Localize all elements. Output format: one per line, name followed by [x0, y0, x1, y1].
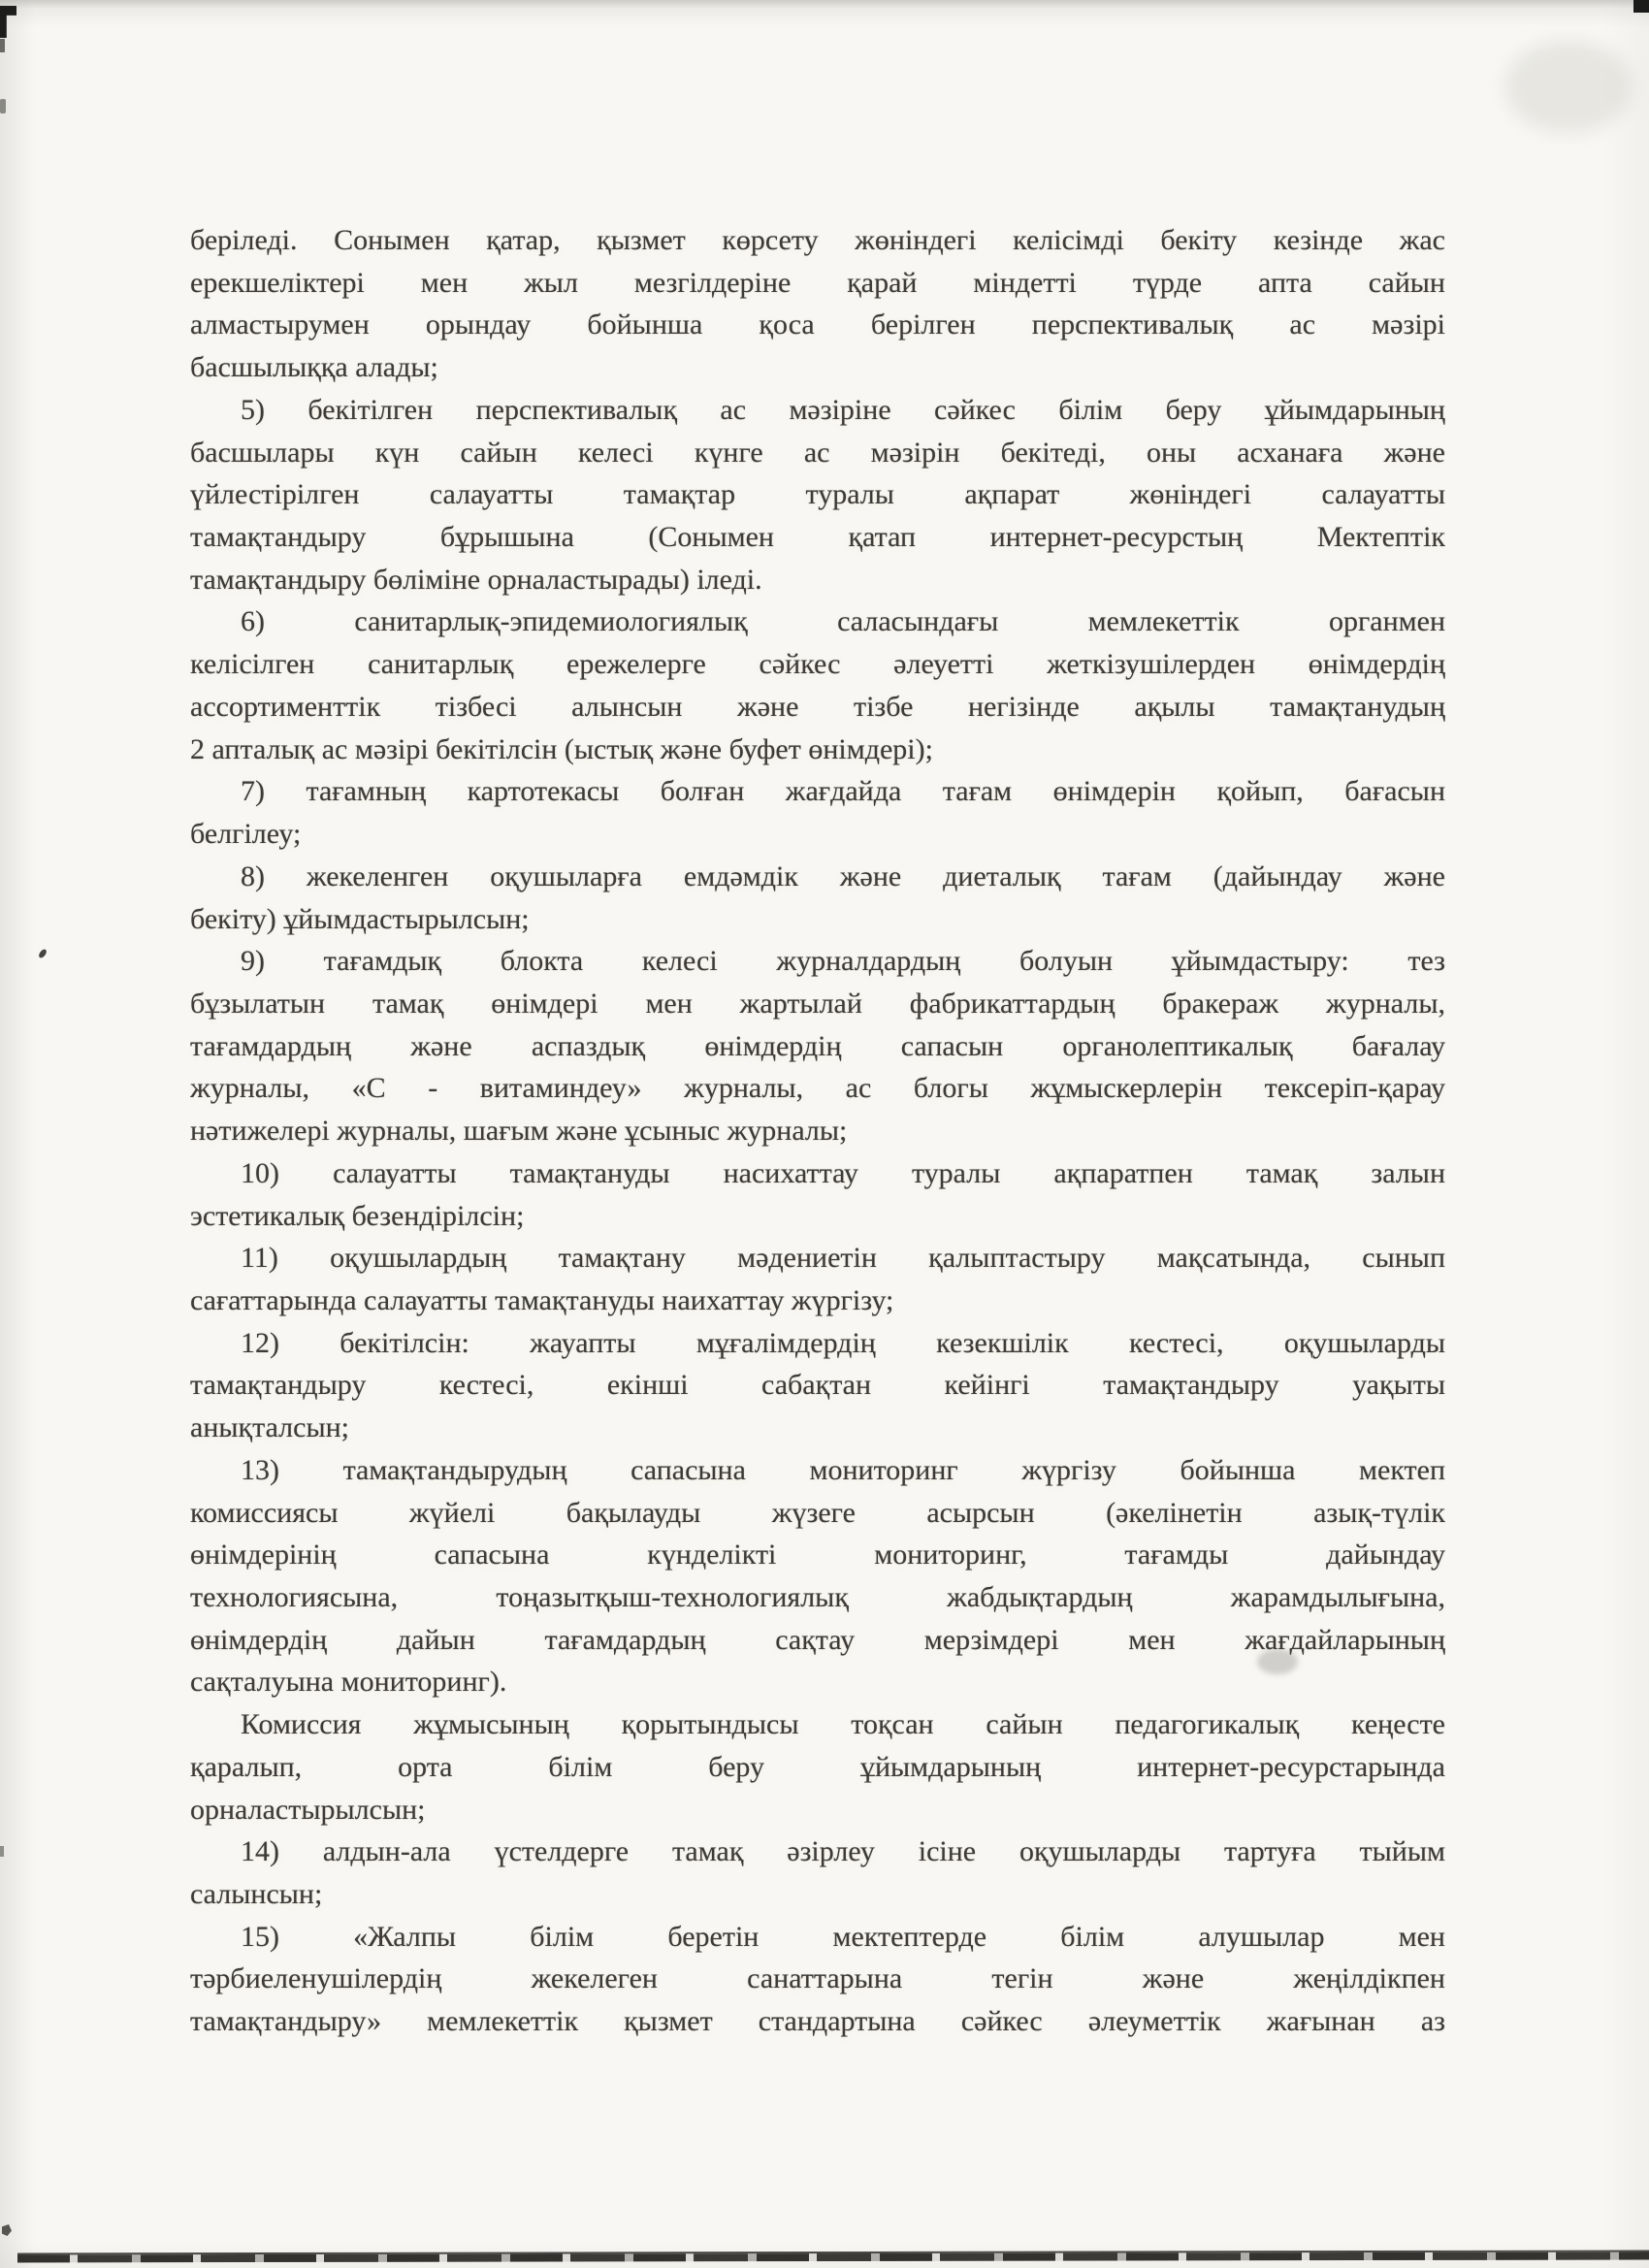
- document-line: келісілген санитарлық ережелерге сәйкес …: [190, 643, 1445, 686]
- document-line: эстетикалық безендірілсін;: [190, 1195, 1445, 1238]
- scan-artifact-top-right-smudge: [1505, 41, 1632, 133]
- document-line: орналастырылсын;: [190, 1789, 1445, 1831]
- document-line: бұзылатын тамақ өнімдері мен жартылай фа…: [190, 983, 1445, 1025]
- document-line: 5) бекітілген перспективалық ас мәзіріне…: [190, 389, 1445, 432]
- document-line: комиссиясы жүйелі бақылауды жүзеге асырс…: [190, 1492, 1445, 1535]
- scan-artifact-bottom-edge-line: [17, 2251, 1649, 2263]
- document-line: алмастырумен орындау бойынша қоса берілг…: [190, 304, 1445, 346]
- document-line: сағаттарында салауатты тамақтануды наиха…: [190, 1280, 1445, 1322]
- document-line: журналы, «С - витаминдеу» журналы, ас бл…: [190, 1067, 1445, 1110]
- document-line: тамақтандыру» мемлекеттік қызмет стандар…: [190, 2000, 1445, 2043]
- document-line: тамақтандыру бұрышына (Сонымен қатап инт…: [190, 516, 1445, 559]
- scan-artifact-speck: [38, 948, 48, 959]
- scanned-document-page: беріледі. Сонымен қатар, қызмет көрсету …: [0, 0, 1649, 2268]
- scan-artifact-top-left-mark: [0, 6, 16, 38]
- document-line: өнімдерінің сапасына күнделікті монитори…: [190, 1534, 1445, 1576]
- document-line: 8) жекеленген оқушыларға емдәмдік және д…: [190, 856, 1445, 898]
- document-line: өнімдердің дайын тағамдардың сақтау мерз…: [190, 1619, 1445, 1662]
- document-line: ерекшеліктері мен жыл мезгілдеріне қарай…: [190, 262, 1445, 305]
- document-line: беріледі. Сонымен қатар, қызмет көрсету …: [190, 219, 1445, 262]
- scan-artifact-left-edge-mark: [0, 99, 6, 113]
- document-line: тамақтандыру кестесі, екінші сабақтан ке…: [190, 1364, 1445, 1407]
- document-line: бекіту) ұйымдастырылсын;: [190, 898, 1445, 941]
- document-line: 6) санитарлық-эпидемиологиялық саласында…: [190, 600, 1445, 643]
- document-line: салынсын;: [190, 1873, 1445, 1916]
- document-line: технологиясына, тоңазытқыш-технологиялық…: [190, 1576, 1445, 1619]
- document-line: нәтижелері журналы, шағым және ұсыныс жу…: [190, 1110, 1445, 1152]
- document-line: қаралып, орта білім беру ұйымдарының инт…: [190, 1746, 1445, 1789]
- document-line: 2 апталық ас мәзірі бекітілсін (ыстық жә…: [190, 729, 1445, 771]
- document-line: тағамдардың және аспаздық өнімдердің сап…: [190, 1025, 1445, 1068]
- scan-artifact-top-right-mark: [1633, 0, 1649, 13]
- scan-artifact-speck: [0, 1846, 4, 1857]
- document-line: Комиссия жұмысының қорытындысы тоқсан са…: [190, 1703, 1445, 1746]
- document-line: 7) тағамның картотекасы болған жағдайда …: [190, 770, 1445, 813]
- document-line: 15) «Жалпы білім беретін мектептерде біл…: [190, 1916, 1445, 1959]
- document-line: 9) тағамдық блокта келесі журналдардың б…: [190, 940, 1445, 983]
- scan-artifact-bottom-left-speck: [2, 2224, 12, 2236]
- document-line: тамақтандыру бөліміне орналастырады) іле…: [190, 559, 1445, 601]
- document-line: 12) бекітілсін: жауапты мұғалімдердің ке…: [190, 1322, 1445, 1365]
- document-line: белгілеу;: [190, 813, 1445, 856]
- document-line: анықталсын;: [190, 1407, 1445, 1449]
- document-text-block: беріледі. Сонымен қатар, қызмет көрсету …: [190, 219, 1445, 2043]
- document-line: басшылыққа алады;: [190, 346, 1445, 389]
- document-line: 10) салауатты тамақтануды насихаттау тур…: [190, 1152, 1445, 1195]
- document-line: үйлестірілген салауатты тамақтар туралы …: [190, 473, 1445, 516]
- document-line: ассортименттік тізбесі алынсын және тізб…: [190, 686, 1445, 729]
- document-line: 14) алдын-ала үстелдерге тамақ әзірлеу і…: [190, 1831, 1445, 1873]
- document-line: тәрбиеленушілердің жекелеген санаттарына…: [190, 1958, 1445, 2000]
- document-line: басшылары күн сайын келесі күнге ас мәзі…: [190, 432, 1445, 474]
- document-line: 11) оқушылардың тамақтану мәдениетін қал…: [190, 1237, 1445, 1280]
- scan-artifact-top-left-tail: [0, 39, 5, 52]
- document-line: сақталуына мониторинг).: [190, 1661, 1445, 1703]
- document-line: 13) тамақтандырудың сапасына мониторинг …: [190, 1449, 1445, 1492]
